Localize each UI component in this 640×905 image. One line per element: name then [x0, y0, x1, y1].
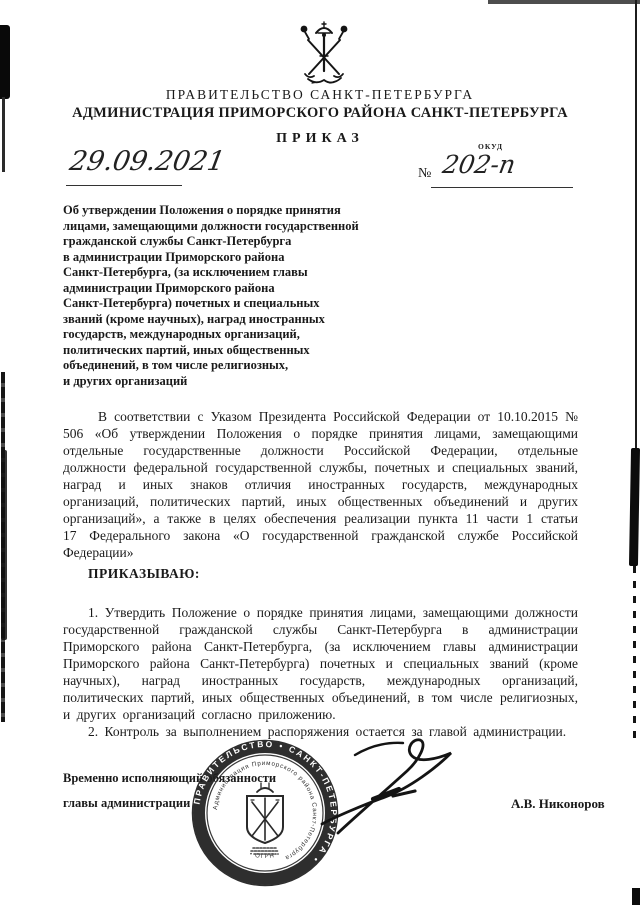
subject-line: Санкт-Петербурга, (за исключением главы — [63, 265, 408, 281]
scan-artifact-left-streak2 — [1, 450, 7, 640]
subject-line: государств, международных организаций, — [63, 327, 408, 343]
svg-text:• ОГРН •: • ОГРН • — [249, 851, 281, 860]
subject-line: в администрации Приморского района — [63, 250, 408, 266]
scanned-order-document: ПРАВИТЕЛЬСТВО САНКТ-ПЕТЕРБУРГА АДМИНИСТР… — [0, 0, 640, 905]
scan-artifact-bottom-right — [632, 888, 640, 905]
subject-line: объединений, в том числе религиозных, — [63, 358, 408, 374]
scan-artifact-right-line — [635, 0, 637, 456]
scan-artifact-right-blob — [629, 448, 640, 566]
handwritten-date: 29.09.2021 — [67, 146, 227, 177]
subject-line: гражданской службы Санкт-Петербурга — [63, 234, 408, 250]
preamble-paragraph: В соответствии с Указом Президента Росси… — [63, 408, 578, 561]
number-label: № — [418, 166, 431, 182]
administration-title: АДМИНИСТРАЦИЯ ПРИМОРСКОГО РАЙОНА САНКТ-П… — [0, 105, 640, 122]
subject-line: и других организаций — [63, 374, 408, 390]
number-underline — [431, 187, 573, 188]
order-items: 1. Утвердить Положение о порядке приняти… — [63, 604, 578, 740]
document-type-title: ПРИКАЗ — [0, 131, 640, 147]
order-item-1: 1. Утвердить Положение о порядке приняти… — [63, 604, 578, 723]
handwritten-signature-icon — [315, 733, 487, 845]
scan-artifact-top-right — [488, 0, 640, 4]
signer-name: А.В. Никоноров — [511, 796, 605, 812]
subject-block: Об утверждении Положения о порядке приня… — [63, 203, 408, 389]
subject-line: Санкт-Петербурга) почетных и специальных — [63, 296, 408, 312]
government-title: ПРАВИТЕЛЬСТВО САНКТ-ПЕТЕРБУРГА — [0, 87, 640, 103]
handwritten-number: 202-п — [440, 150, 517, 179]
subject-line: званий (кроме научных), наград иностранн… — [63, 312, 408, 328]
order-keyword: ПРИКАЗЫВАЮ: — [88, 566, 200, 582]
scan-artifact-right-dashes — [633, 566, 636, 738]
date-underline — [66, 185, 182, 186]
stamp-bottom-text: • ОГРН • — [249, 851, 281, 860]
subject-line: Об утверждении Положения о порядке приня… — [63, 203, 408, 219]
subject-line: администрации Приморского района — [63, 281, 408, 297]
spb-coat-of-arms-icon — [294, 19, 354, 89]
subject-line: лицами, замещающими должности государств… — [63, 219, 408, 235]
subject-line: политических партий, иных общественных — [63, 343, 408, 359]
